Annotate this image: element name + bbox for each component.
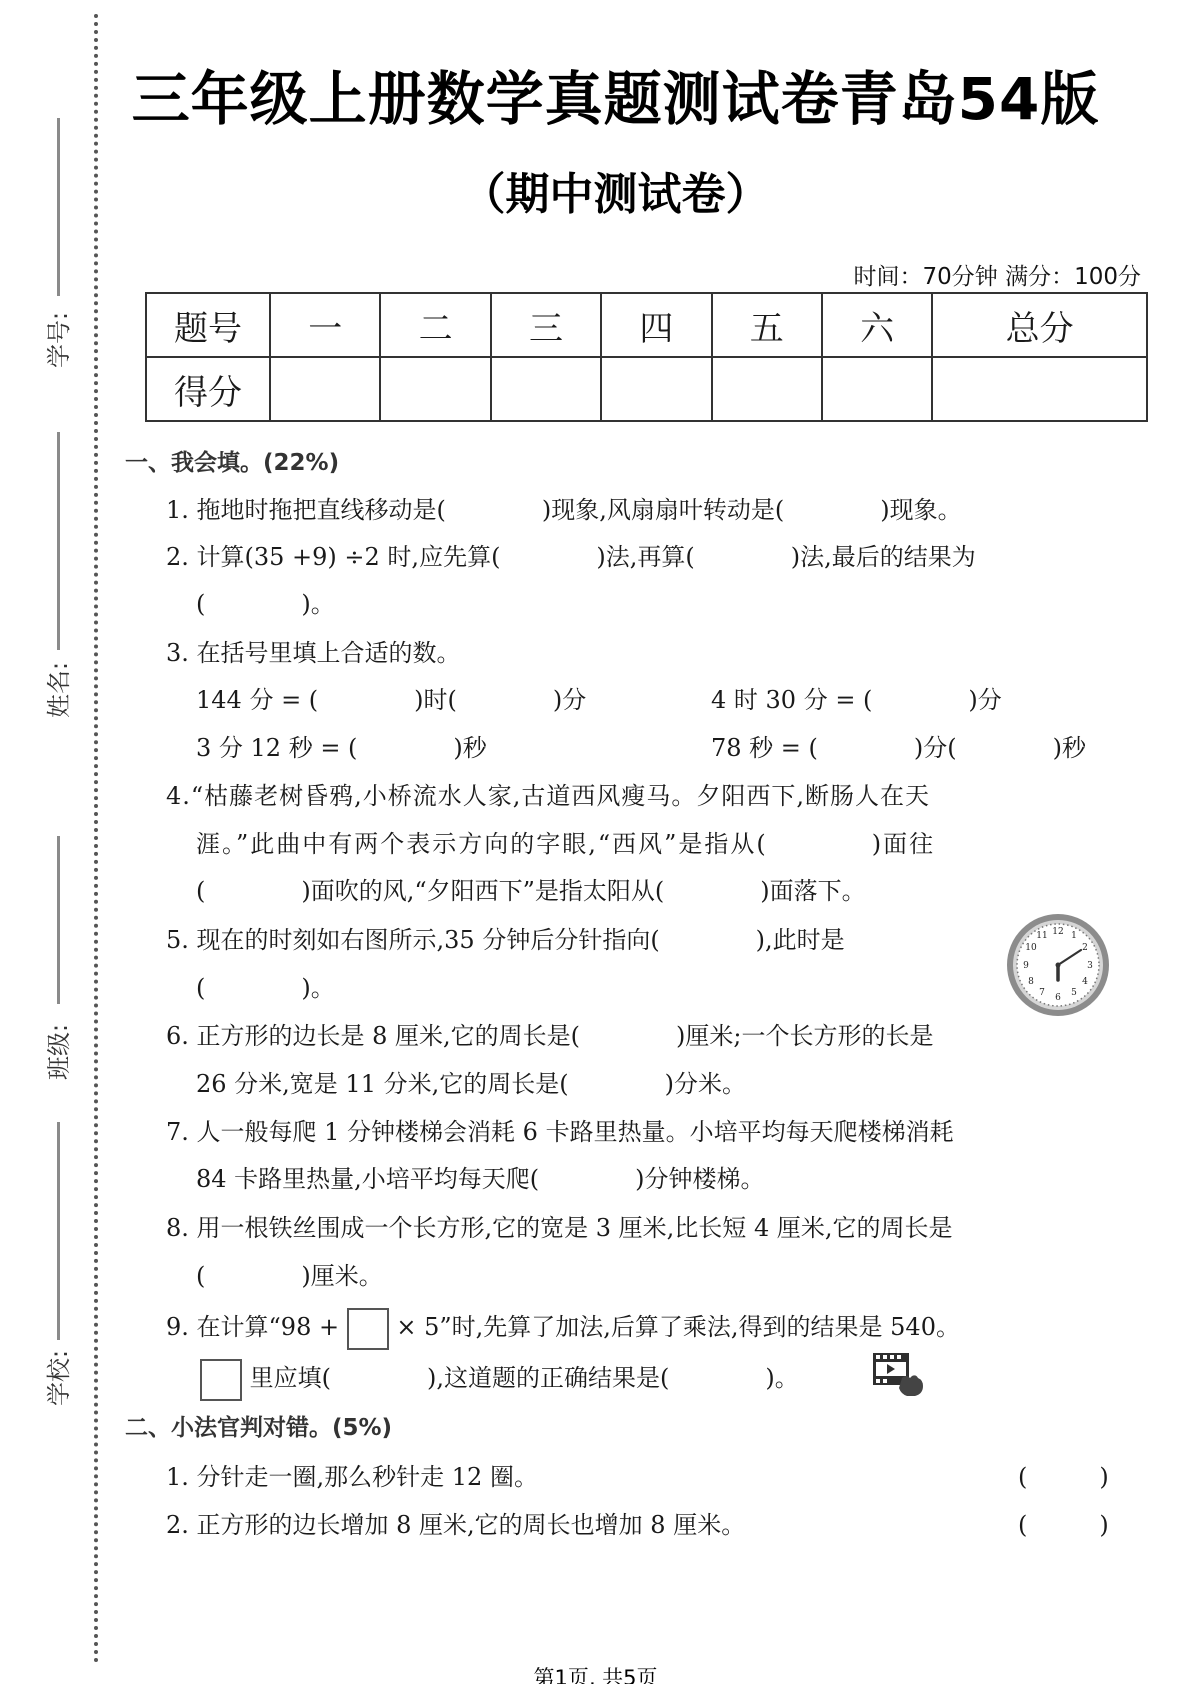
- question-1-1: 1. 拖地时拖把直线移动是( )现象,风扇扇叶转动是( )现象。: [166, 490, 962, 525]
- score-table-score-row: 得分: [146, 357, 1147, 421]
- exam-meta: 时间：70分钟 满分：100分: [854, 258, 1141, 291]
- question-1-6: 6. 正方形的边长是 8 厘米,它的周长是( )厘米;一个长方形的长是: [166, 1016, 934, 1051]
- clock-number: 6: [1055, 993, 1061, 1003]
- question-1-3c: 3 分 12 秒 = ( )秒: [196, 728, 487, 763]
- question-1-9-cont: 里应填( ),这道题的正确结果是( )。: [200, 1358, 799, 1401]
- score-cell-6[interactable]: [822, 357, 932, 421]
- score-cell-3[interactable]: [491, 357, 601, 421]
- question-1-8: 8. 用一根铁丝围成一个长方形,它的宽是 3 厘米,比长短 4 厘米,它的周长是: [166, 1208, 952, 1243]
- score-cell-4[interactable]: [601, 357, 711, 421]
- question-1-8-cont: ( )厘米。: [196, 1256, 383, 1291]
- answer-blank-2-2[interactable]: ( ): [1018, 1505, 1109, 1540]
- video-play-icon[interactable]: [872, 1352, 924, 1398]
- question-1-9: 9. 在计算“98 + × 5”时,先算了加法,后算了乘法,得到的结果是 540…: [166, 1307, 960, 1350]
- question-1-9-part3: 里应填( ),这道题的正确结果是( )。: [250, 1364, 799, 1392]
- clock-illustration: 12 1 2 3 4 5 6 7 8 9 10 11: [1005, 912, 1111, 1018]
- question-1-3d: 78 秒 = ( )分( )秒: [711, 728, 1086, 763]
- question-1-5-cont: ( )。: [196, 968, 335, 1003]
- name-label: 姓名:: [46, 688, 72, 718]
- question-1-2: 2. 计算(35 +9) ÷2 时,应先算( )法,再算( )法,最后的结果为: [166, 537, 976, 572]
- score-table-header-row: 题号 一 二 三 四 五 六 总分: [146, 293, 1147, 357]
- name-underline: [57, 432, 60, 650]
- question-1-7: 7. 人一般每爬 1 分钟楼梯会消耗 6 卡路里热量。小培平均每天爬楼梯消耗: [166, 1112, 954, 1147]
- student-id-label: 学号:: [46, 338, 72, 368]
- col-header-2: 二: [380, 293, 490, 357]
- question-1-9-part1: 9. 在计算“98 +: [166, 1313, 339, 1341]
- col-header-6: 六: [822, 293, 932, 357]
- row-header-question: 题号: [146, 293, 270, 357]
- col-header-1: 一: [270, 293, 380, 357]
- section-2-heading: 二、小法官判对错。(5%): [125, 1409, 392, 1442]
- question-1-9-part2: × 5”时,先算了加法,后算了乘法,得到的结果是 540。: [396, 1313, 960, 1341]
- class-label: 班级:: [46, 1050, 72, 1080]
- question-1-3: 3. 在括号里填上合适的数。: [166, 633, 461, 668]
- clock-number: 11: [1036, 931, 1047, 941]
- question-2-2: 2. 正方形的边长增加 8 厘米,它的周长也增加 8 厘米。: [166, 1505, 745, 1540]
- col-header-5: 五: [712, 293, 822, 357]
- clock-number: 4: [1082, 977, 1088, 987]
- score-cell-1[interactable]: [270, 357, 380, 421]
- clock-number: 1: [1071, 931, 1077, 941]
- clock-number: 10: [1025, 943, 1037, 953]
- question-1-2-cont: ( )。: [196, 584, 335, 619]
- page-subtitle: （期中测试卷）: [0, 158, 1191, 222]
- clock-number: 3: [1087, 961, 1093, 971]
- school-underline: [57, 1122, 60, 1340]
- score-cell-2[interactable]: [380, 357, 490, 421]
- question-2-1: 1. 分针走一圈,那么秒针走 12 圈。: [166, 1457, 538, 1492]
- class-underline: [57, 836, 60, 1004]
- score-cell-5[interactable]: [712, 357, 822, 421]
- question-1-3b: 4 时 30 分 = ( )分: [711, 680, 1002, 715]
- binding-dotted-line: [94, 14, 98, 1664]
- question-1-6-cont: 26 分米,宽是 11 分米,它的周长是( )分米。: [196, 1064, 746, 1099]
- question-1-7-cont: 84 卡路里热量,小培平均每天爬( )分钟楼梯。: [196, 1159, 765, 1194]
- clock-number: 9: [1023, 961, 1029, 971]
- question-1-4-cont1: 涯。”此曲中有两个表示方向的字眼,“西风”是指从( )面往: [196, 824, 935, 859]
- clock-number: 8: [1028, 977, 1034, 987]
- score-table: 题号 一 二 三 四 五 六 总分 得分: [145, 292, 1148, 422]
- answer-blank-2-1[interactable]: ( ): [1018, 1457, 1109, 1492]
- page-title: 三年级上册数学真题测试卷青岛54版: [0, 52, 1191, 136]
- clock-number: 5: [1071, 988, 1077, 998]
- col-header-4: 四: [601, 293, 711, 357]
- clock-number: 2: [1082, 943, 1088, 953]
- score-cell-total[interactable]: [932, 357, 1147, 421]
- question-1-4: 4.“枯藤老树昏鸦,小桥流水人家,古道西风瘦马。夕阳西下,断肠人在天: [166, 776, 930, 811]
- school-label: 学校:: [46, 1376, 72, 1406]
- answer-box[interactable]: [347, 1308, 389, 1350]
- page-indicator: 第1页, 共5页: [0, 1662, 1191, 1684]
- clock-number: 7: [1039, 988, 1045, 998]
- section-1-heading: 一、我会填。(22%): [125, 444, 339, 477]
- col-header-total: 总分: [932, 293, 1147, 357]
- question-1-3a: 144 分 = ( )时( )分: [196, 680, 586, 715]
- clock-number: 12: [1052, 927, 1063, 937]
- row-header-score: 得分: [146, 357, 270, 421]
- col-header-3: 三: [491, 293, 601, 357]
- question-1-4-cont2: ( )面吹的风,“夕阳西下”是指太阳从( )面落下。: [196, 871, 866, 906]
- question-1-5: 5. 现在的时刻如右图所示,35 分钟后分针指向( ),此时是: [166, 920, 845, 955]
- answer-box[interactable]: [200, 1359, 242, 1401]
